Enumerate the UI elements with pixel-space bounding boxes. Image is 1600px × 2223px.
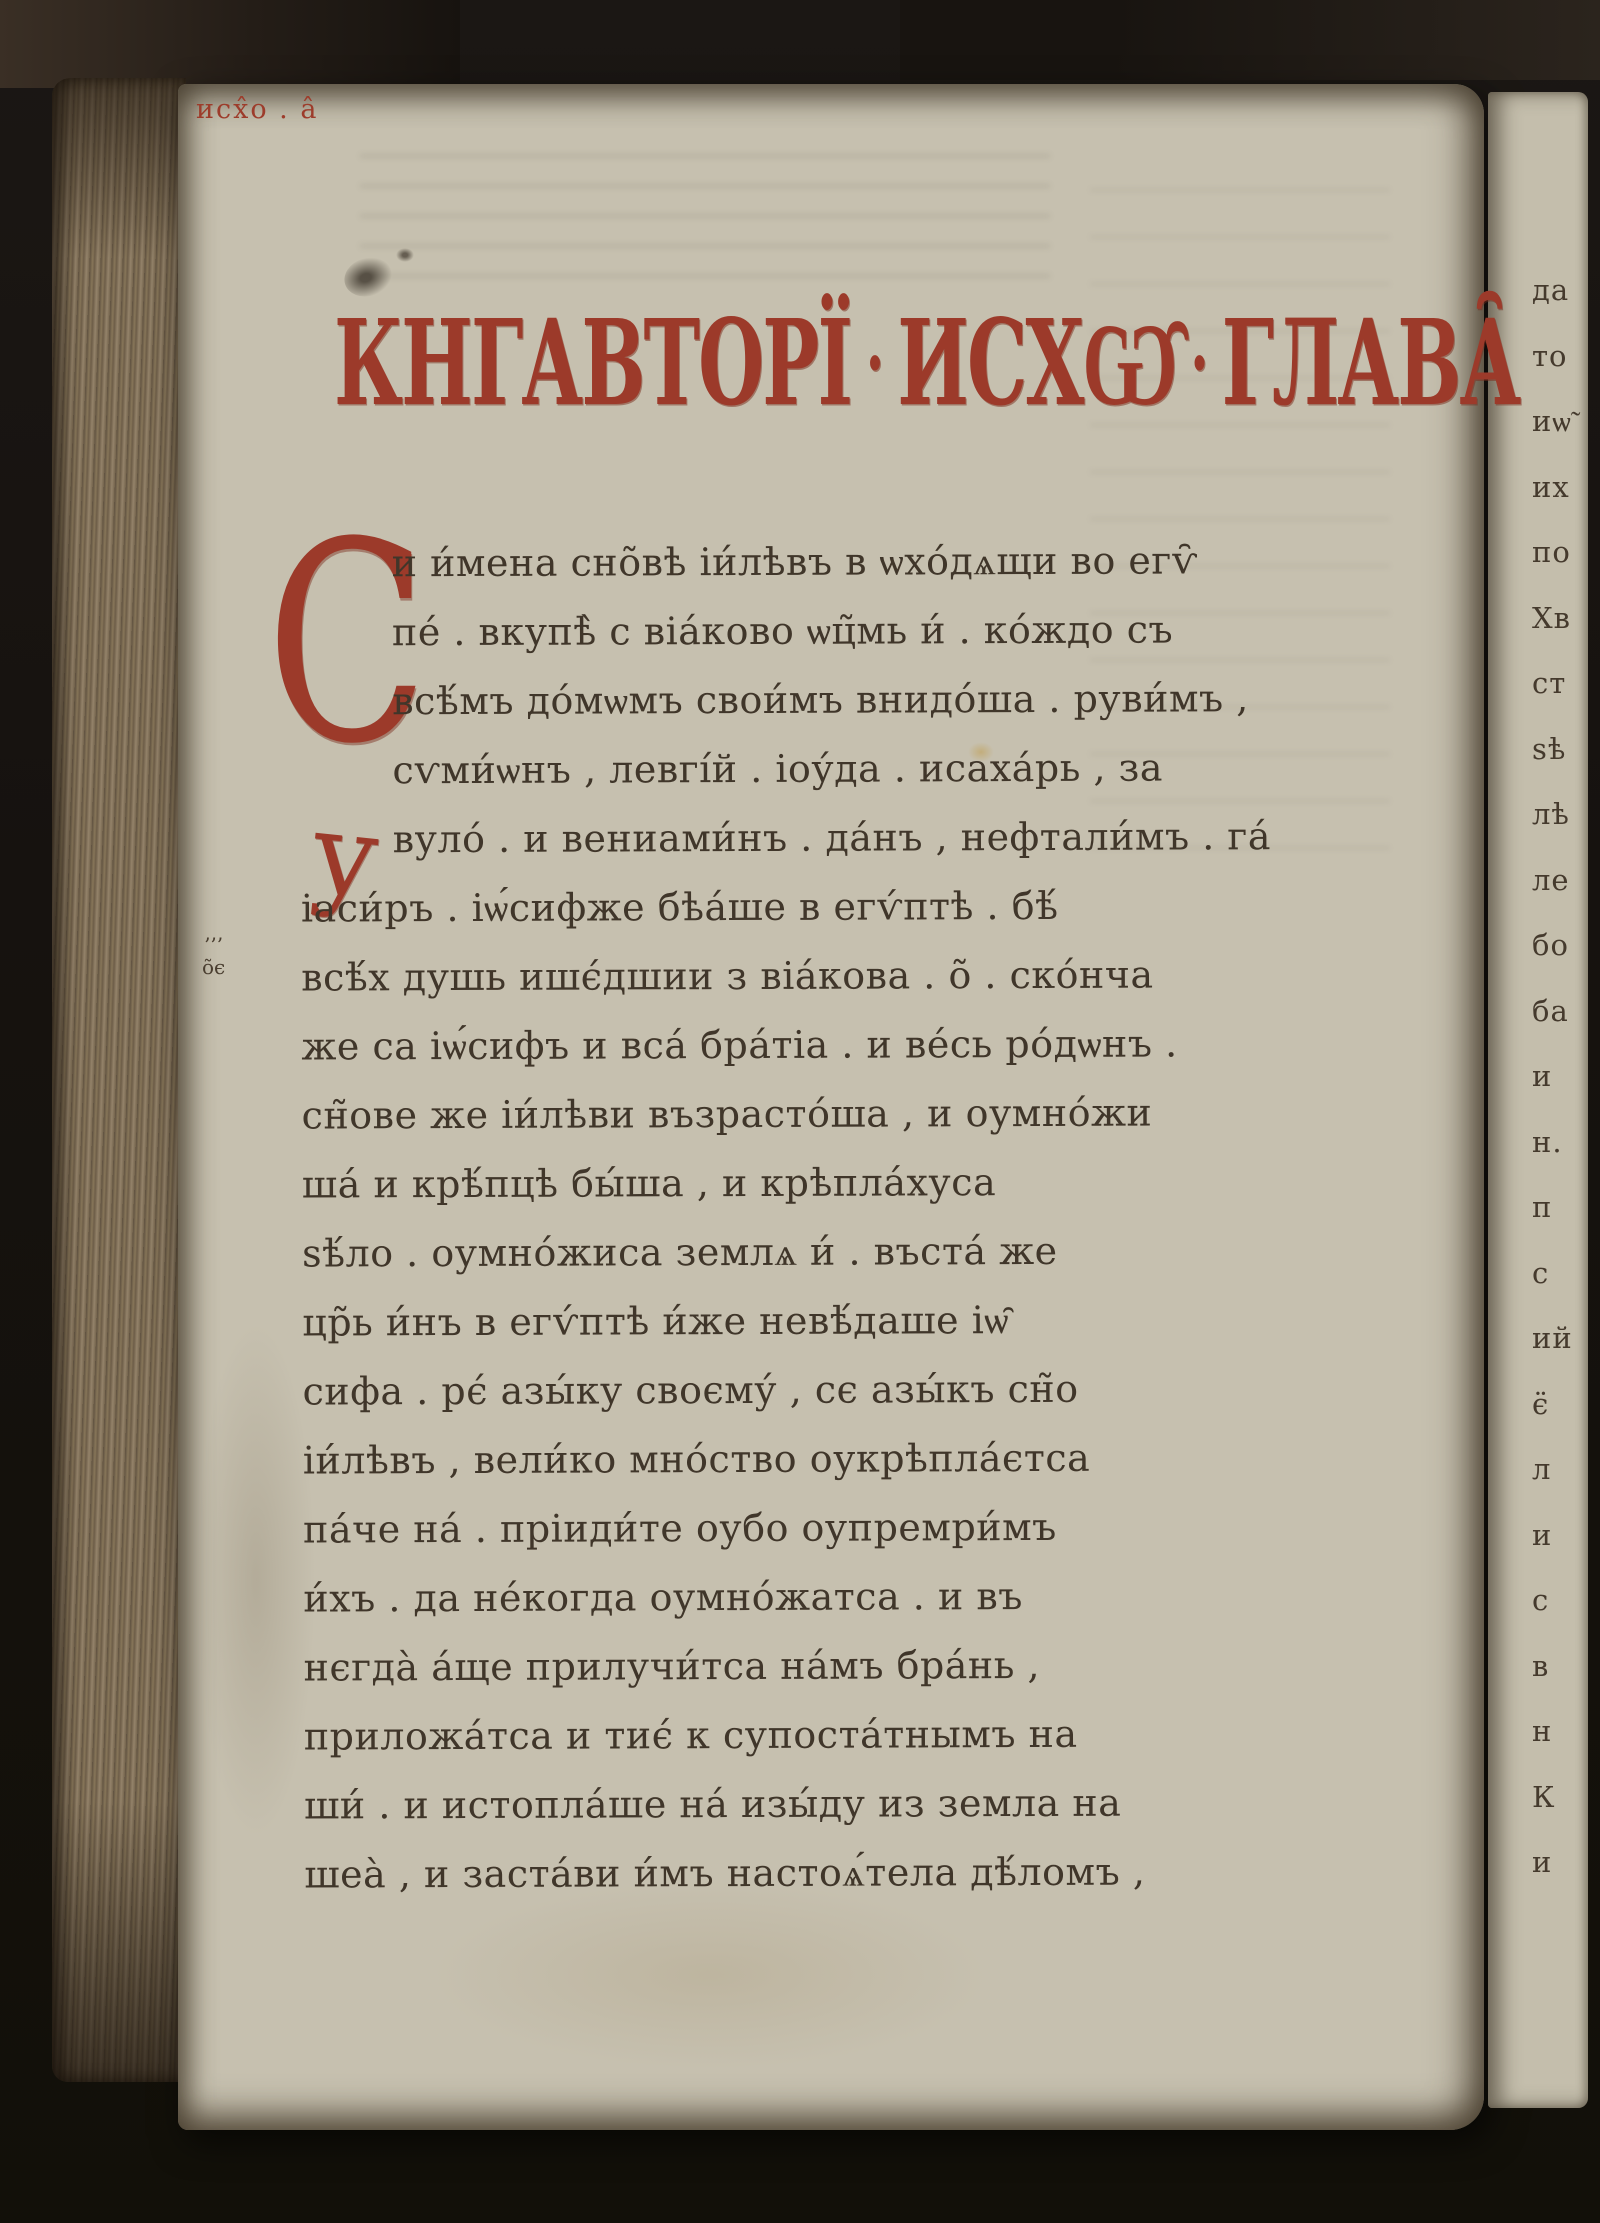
chapter-title: КНГАВТОРЇ·ИСХѠ̑·ГЛАВА̑ <box>334 294 1414 434</box>
text-line: іаси́ръ . іѡ́сифже бѣа́ше в егѵ́птѣ . бѣ… <box>301 871 1189 943</box>
facing-page-line-fragment: н <box>1532 1699 1600 1765</box>
facing-page-line-fragment: ѕѣ <box>1532 717 1600 783</box>
text-line: же са іѡ́сифъ и вса́ бра́тіа . и ве́сь р… <box>301 1009 1189 1081</box>
chapter-title-chapter: ГЛАВА̑ <box>1222 294 1520 432</box>
facing-page-line-fragment: л <box>1532 1437 1600 1503</box>
text-line: ша́ и крѣ́пцѣ бы́ша , и крѣпла́хуса <box>302 1147 1190 1219</box>
facing-page-line-fragment: Хв <box>1532 586 1600 652</box>
text-line: пе́ . вкупѣ̀ с віа́ково ѡц̃мь и́ . ко́жд… <box>300 595 1188 667</box>
facing-page-line-fragment: ст <box>1532 651 1600 717</box>
text-line: іи́лѣвъ , вели́ко мно́ство оукрѣпла́єтса <box>303 1423 1191 1495</box>
facing-page-line-fragment: их <box>1532 455 1600 521</box>
text-line: нєгда̀ а́ще прилучи́тса на́мъ бра́нь , <box>303 1630 1191 1702</box>
margin-note-value: о̃є <box>202 956 225 978</box>
facing-page-line-fragment: бо <box>1532 913 1600 979</box>
chapter-title-exodus: ИСХѠ̑ <box>897 294 1175 432</box>
text-line: ши́ . и истопла́ше на́ изы́ду из земла н… <box>304 1768 1192 1840</box>
facing-page-line-fragment: п <box>1532 1175 1600 1241</box>
facing-page-line-fragment: є̈ <box>1532 1372 1600 1438</box>
ink-bleed-through <box>360 148 1050 278</box>
facing-page-line-fragment: то <box>1532 324 1600 390</box>
binding-edge-top <box>0 0 460 88</box>
facing-page-text-fragments: датоиѡ̃ихпоХвстѕѣлѣлебобаин.псийє̈лисвнК… <box>1532 258 1600 1896</box>
running-title-note: исх̂о . а̂ <box>196 94 318 125</box>
text-line: и и́мена сно̃вѣ іи́лѣвъ в ѡхо́дѧщи во ег… <box>300 526 1188 598</box>
page-stack-fore-edge <box>52 78 186 2082</box>
facing-page-line-fragment: по <box>1532 520 1600 586</box>
text-line: и́хъ . да не́когда оумно́жатса . и въ <box>303 1561 1191 1633</box>
parchment-stain-left <box>196 1320 316 1840</box>
title-separator: · <box>1176 294 1222 432</box>
facing-page-line-fragment: и <box>1532 1044 1600 1110</box>
title-separator: · <box>851 294 897 432</box>
text-line: ѕѣ́ло . оумно́жиса землѧ и́ . въста́ же <box>302 1216 1190 1288</box>
margin-note: ’’’ о̃є <box>202 934 225 978</box>
facing-page-line-fragment: с <box>1532 1241 1600 1307</box>
facing-page-line-fragment: ле <box>1532 848 1600 914</box>
facing-page-line-fragment: К <box>1532 1765 1600 1831</box>
facing-page-line-fragment: и <box>1532 1503 1600 1569</box>
text-line: сифа . рє́ азы́ку своєму́ , сє азы́къ сн… <box>302 1354 1190 1426</box>
manuscript-text-block: и и́мена сно̃вѣ іи́лѣвъ в ѡхо́дѧщи во ег… <box>300 526 1193 1909</box>
text-line: вуло́ . и вениами́нъ . да́нъ , нефтали́м… <box>301 802 1189 874</box>
facing-page-line-fragment: с <box>1532 1568 1600 1634</box>
text-line: сн̃ове же іи́лѣви възрасто́ша , и оумно́… <box>302 1078 1190 1150</box>
facing-page-line-fragment: н. <box>1532 1110 1600 1176</box>
facing-page-line-fragment: ий <box>1532 1306 1600 1372</box>
facing-page-line-fragment: иѡ̃ <box>1532 389 1600 455</box>
text-line: сѵми́ѡнъ , левгі́й . іоу́да . исаха́рь ,… <box>300 733 1188 805</box>
facing-page-line-fragment: в <box>1532 1634 1600 1700</box>
book-photo: { "page": { "header_note": "исх̂о . а̂",… <box>0 0 1600 2223</box>
text-line: шеа̀ , и заста́ви и́мъ настоѧ́тела дѣ́ло… <box>304 1837 1192 1909</box>
facing-page-line-fragment: лѣ <box>1532 782 1600 848</box>
facing-page-line-fragment: и <box>1532 1830 1600 1896</box>
text-line: всѣ́мъ до́мѡмъ свои́мъ внидо́ша . руви́м… <box>300 664 1188 736</box>
text-line: па́че на́ . пріиди́те оубо оупремри́мъ <box>303 1492 1191 1564</box>
binding-edge-top-right <box>900 0 1600 80</box>
text-line: приложа́тса и тиє́ к супоста́тнымъ на <box>304 1699 1192 1771</box>
facing-page-line-fragment: ба <box>1532 979 1600 1045</box>
chapter-title-book: КНГАВТОРЇ <box>334 294 851 432</box>
ink-stain-small <box>396 248 414 262</box>
margin-note-marks: ’’’ <box>202 934 225 956</box>
text-line: цр̃ь и́нъ в егѵ́птѣ и́же невѣ́даше іѡ̑ <box>302 1285 1190 1357</box>
facing-page-line-fragment: да <box>1532 258 1600 324</box>
text-line: всѣ́х душь ишє́дшии з віа́кова . о̃ . ск… <box>301 940 1189 1012</box>
